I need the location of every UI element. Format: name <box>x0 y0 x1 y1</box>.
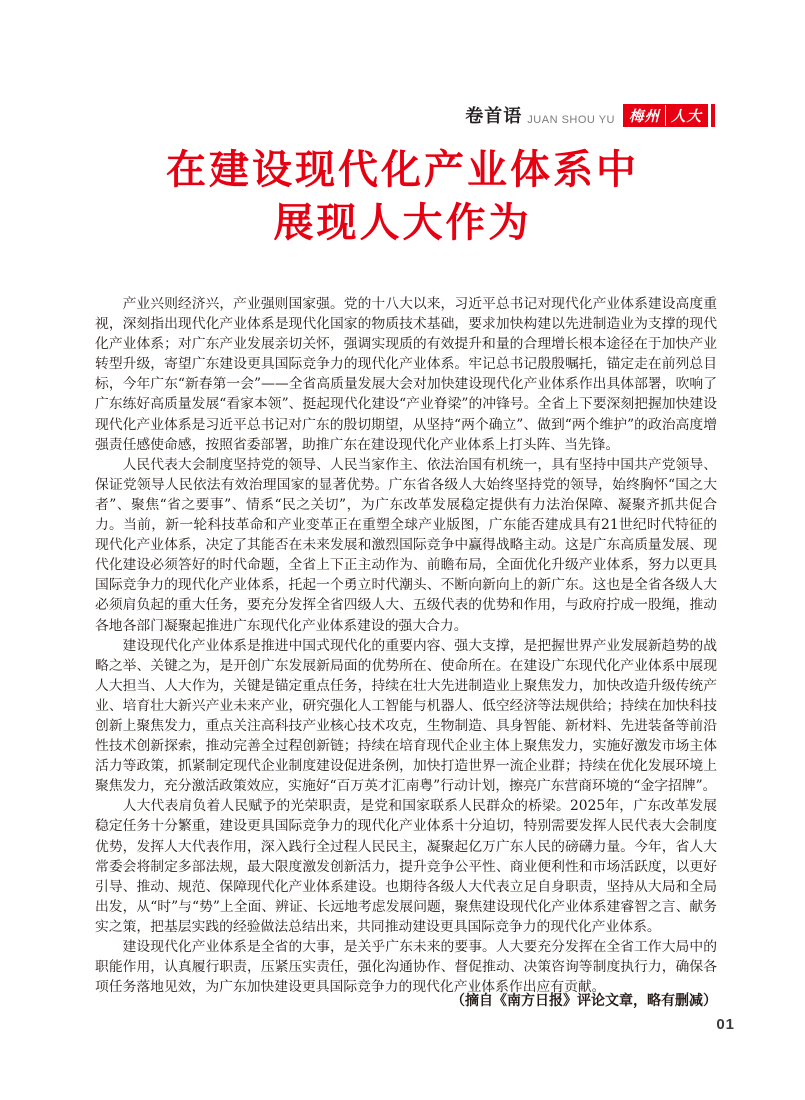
section-pinyin: JUAN SHOU YU <box>527 114 615 128</box>
article-body: 产业兴则经济兴，产业强则国家强。党的十八大以来，习近平总书记对现代化产业体系建设… <box>95 294 717 997</box>
magazine-logo-badge: 梅州 人大 <box>623 104 708 127</box>
masthead: 卷首语 JUAN SHOU YU 梅州 人大 <box>465 102 715 128</box>
article-paragraph: 建设现代化产业体系是推进中国式现代化的重要内容、强大支撑，是把握世界产业发展新趋… <box>95 636 717 797</box>
logo-badge-part2: 人大 <box>666 105 702 126</box>
article-paragraph: 人大代表肩负着人民赋予的光荣职责，是党和国家联系人民群众的桥梁。2025年，广东… <box>95 796 717 937</box>
page-number: 01 <box>716 1016 735 1033</box>
article-title: 在建设现代化产业体系中 展现人大作为 <box>0 143 805 249</box>
article-paragraph: 人民代表大会制度坚持党的领导、人民当家作主、依法治国有机统一，具有坚持中国共产党… <box>95 455 717 636</box>
article-title-line2: 展现人大作为 <box>0 196 805 249</box>
logo-badge-part1: 梅州 <box>629 105 666 126</box>
attribution: （摘自《南方日报》评论文章，略有删减） <box>95 990 717 1010</box>
article-paragraph: 建设现代化产业体系是全省的大事，是关乎广东未来的要事。人大要充分发挥在全省工作大… <box>95 937 717 997</box>
article-paragraph: 产业兴则经济兴，产业强则国家强。党的十八大以来，习近平总书记对现代化产业体系建设… <box>95 294 717 455</box>
magazine-page: 卷首语 JUAN SHOU YU 梅州 人大 在建设现代化产业体系中 展现人大作… <box>0 0 805 1100</box>
article-title-line1: 在建设现代化产业体系中 <box>0 143 805 196</box>
section-title: 卷首语 <box>465 102 522 128</box>
accent-bar <box>711 104 715 127</box>
